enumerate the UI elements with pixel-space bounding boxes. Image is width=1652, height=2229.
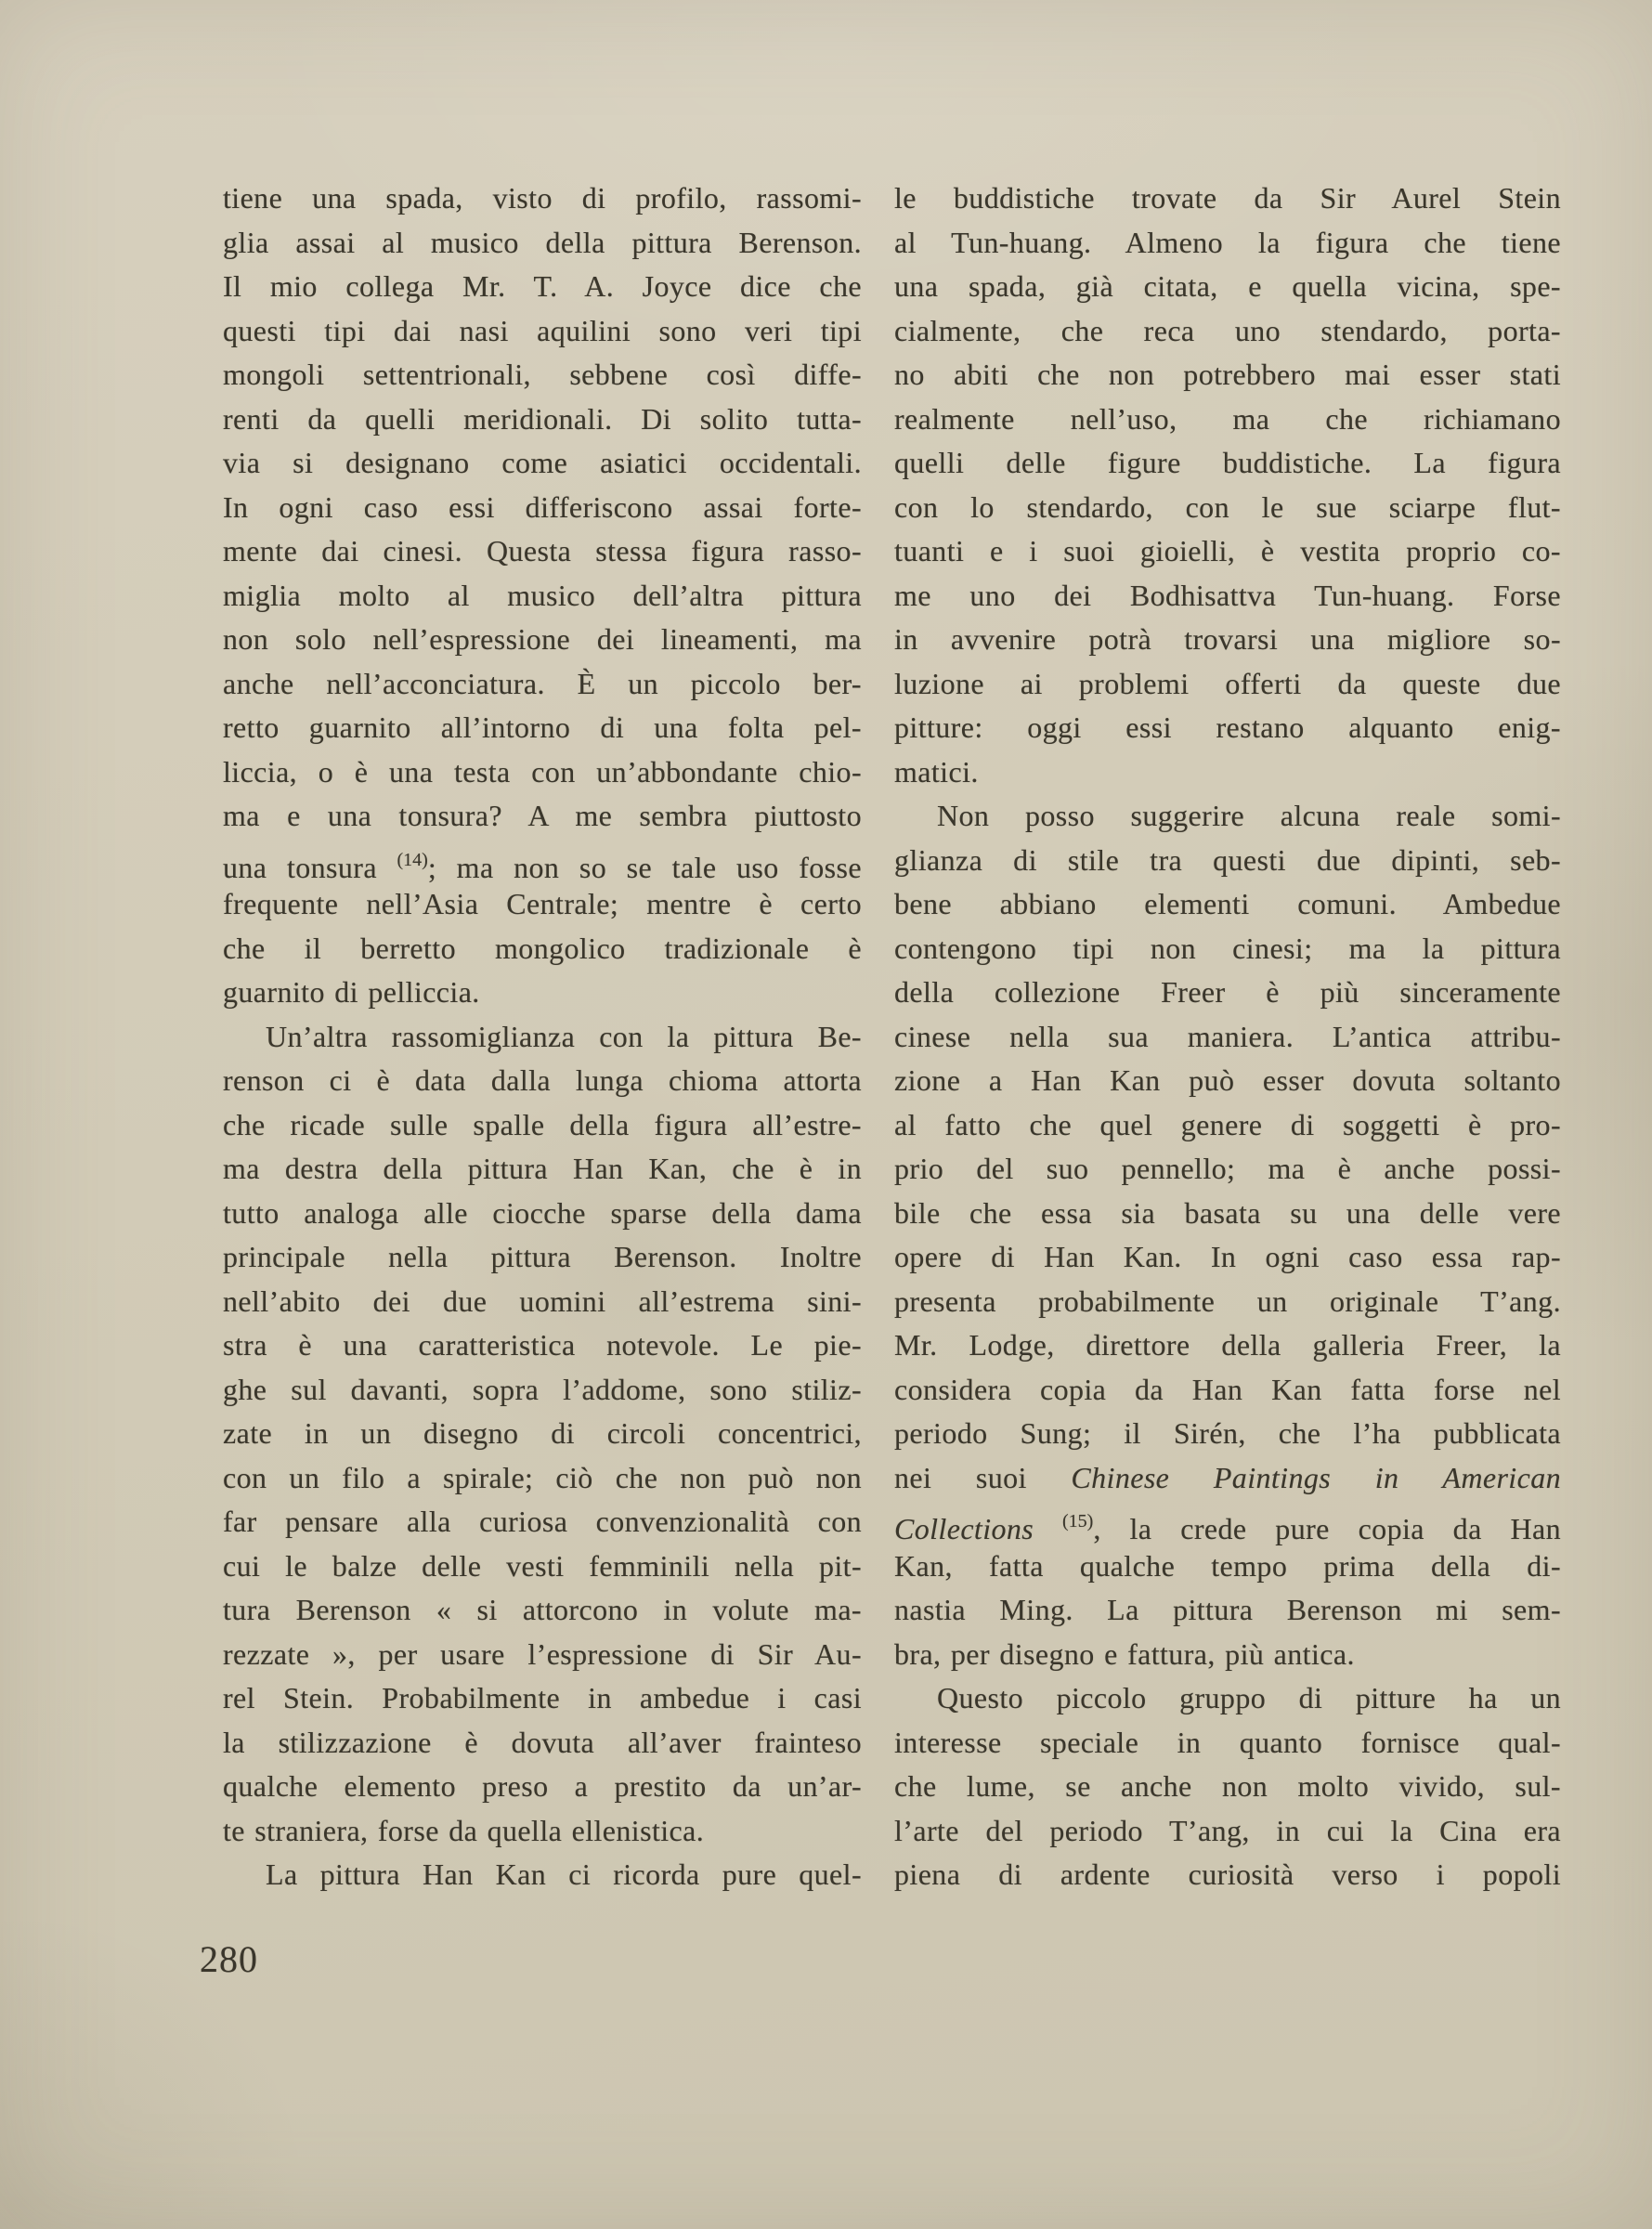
text-line: qualche elemento preso a prestito da un’… — [223, 1765, 862, 1809]
text-line: con lo stendardo, con le sue sciarpe flu… — [894, 486, 1561, 530]
scanned-book-page: tiene una spada, visto di profilo, rasso… — [0, 0, 1652, 2229]
text-line: cui le balze delle vesti femminili nella… — [223, 1545, 862, 1589]
text-column-right: le buddistiche trovate da Sir Aurel Stei… — [894, 176, 1561, 1897]
text-line: retto guarnito all’intorno di una folta … — [223, 706, 862, 750]
text-line: liccia, o è una testa con un’abbondante … — [223, 750, 862, 795]
text-line: presenta probabilmente un originale T’an… — [894, 1280, 1561, 1324]
text-line: glia assai al musico della pittura Beren… — [223, 221, 862, 266]
text-line: rezzate », per usare l’espressione di Si… — [223, 1633, 862, 1677]
text-line: cinese nella sua maniera. L’antica attri… — [894, 1015, 1561, 1060]
text-line: opere di Han Kan. In ogni caso essa rap- — [894, 1235, 1561, 1280]
text-line: principale nella pittura Berenson. Inolt… — [223, 1235, 862, 1280]
text-line: una spada, già citata, e quella vicina, … — [894, 265, 1561, 309]
text-line: ma destra della pittura Han Kan, che è i… — [223, 1147, 862, 1192]
text-line: luzione ai problemi offerti da queste du… — [894, 662, 1561, 707]
text-line: che ricade sulle spalle della figura all… — [223, 1103, 862, 1148]
text-line: no abiti che non potrebbero mai esser st… — [894, 353, 1561, 398]
text-line: non solo nell’espressione dei lineamenti… — [223, 618, 862, 662]
text-line: Collections (15), la crede pure copia da… — [894, 1500, 1561, 1545]
text-line: Non posso suggerire alcuna reale somi- — [894, 794, 1561, 839]
text-line: anche nell’acconciatura. È un piccolo be… — [223, 662, 862, 707]
text-line: miglia molto al musico dell’altra pittur… — [223, 574, 862, 619]
text-line: renson ci è data dalla lunga chioma atto… — [223, 1059, 862, 1103]
text-line: nell’abito dei due uomini all’estrema si… — [223, 1280, 862, 1324]
page-number: 280 — [200, 1937, 258, 1982]
text-line: far pensare alla curiosa convenzionalità… — [223, 1500, 862, 1545]
text-line: zate in un disegno di circoli concentric… — [223, 1412, 862, 1456]
text-line: ma e una tonsura? A me sembra piuttosto — [223, 794, 862, 839]
text-line: tiene una spada, visto di profilo, rasso… — [223, 176, 862, 221]
text-line: bene abbiano elementi comuni. Ambedue — [894, 882, 1561, 927]
text-line: te straniera, forse da quella ellenistic… — [223, 1809, 862, 1854]
text-line: le buddistiche trovate da Sir Aurel Stei… — [894, 176, 1561, 221]
text-line: nei suoi Chinese Paintings in American — [894, 1456, 1561, 1501]
text-line: frequente nell’Asia Centrale; mentre è c… — [223, 882, 862, 927]
text-line: zione a Han Kan può esser dovuta soltant… — [894, 1059, 1561, 1103]
text-line: prio del suo pennello; ma è anche possi- — [894, 1147, 1561, 1192]
text-line: che lume, se anche non molto vivido, sul… — [894, 1765, 1561, 1809]
text-line: Kan, fatta qualche tempo prima della di- — [894, 1545, 1561, 1589]
text-line: mente dai cinesi. Questa stessa figura r… — [223, 529, 862, 574]
text-line: stra è una caratteristica notevole. Le p… — [223, 1323, 862, 1368]
text-line: Questo piccolo gruppo di pitture ha un — [894, 1676, 1561, 1721]
text-line: quelli delle figure buddistiche. La figu… — [894, 441, 1561, 486]
text-line: interesse speciale in quanto fornisce qu… — [894, 1721, 1561, 1766]
text-line: nastia Ming. La pittura Berenson mi sem- — [894, 1588, 1561, 1633]
text-line: della collezione Freer è più sincerament… — [894, 971, 1561, 1015]
text-line: ghe sul davanti, sopra l’addome, sono st… — [223, 1368, 862, 1413]
text-line: al fatto che quel genere di soggetti è p… — [894, 1103, 1561, 1148]
text-line: realmente nell’uso, ma che richiamano — [894, 398, 1561, 442]
text-line: bile che essa sia basata su una delle ve… — [894, 1192, 1561, 1236]
text-line: In ogni caso essi differiscono assai for… — [223, 486, 862, 530]
text-line: me uno dei Bodhisattva Tun-huang. Forse — [894, 574, 1561, 619]
text-line: mongoli settentrionali, sebbene così dif… — [223, 353, 862, 398]
text-line: Un’altra rassomiglianza con la pittura B… — [223, 1015, 862, 1060]
text-line: bra, per disegno e fattura, più antica. — [894, 1633, 1561, 1677]
text-line: in avvenire potrà trovarsi una migliore … — [894, 618, 1561, 662]
text-line: rel Stein. Probabilmente in ambedue i ca… — [223, 1676, 862, 1721]
text-line: con un filo a spirale; ciò che non può n… — [223, 1456, 862, 1501]
text-line: una tonsura (14); ma non so se tale uso … — [223, 839, 862, 883]
text-line: tura Berenson « si attorcono in volute m… — [223, 1588, 862, 1633]
text-line: tuanti e i suoi gioielli, è vestita prop… — [894, 529, 1561, 574]
text-line: Il mio collega Mr. T. A. Joyce dice che — [223, 265, 862, 309]
text-line: renti da quelli meridionali. Di solito t… — [223, 398, 862, 442]
text-line: pitture: oggi essi restano alquanto enig… — [894, 706, 1561, 750]
text-line: glianza di stile tra questi due dipinti,… — [894, 839, 1561, 883]
text-line: periodo Sung; il Sirén, che l’ha pubblic… — [894, 1412, 1561, 1456]
text-line: guarnito di pelliccia. — [223, 971, 862, 1015]
text-line: che il berretto mongolico tradizionale è — [223, 927, 862, 971]
text-line: matici. — [894, 750, 1561, 795]
text-line: al Tun-huang. Almeno la figura che tiene — [894, 221, 1561, 266]
text-column-left: tiene una spada, visto di profilo, rasso… — [223, 176, 862, 1897]
text-line: cialmente, che reca uno stendardo, porta… — [894, 309, 1561, 354]
text-line: questi tipi dai nasi aquilini sono veri … — [223, 309, 862, 354]
text-line: la stilizzazione è dovuta all’aver frain… — [223, 1721, 862, 1766]
text-line: tutto analoga alle ciocche sparse della … — [223, 1192, 862, 1236]
text-line: considera copia da Han Kan fatta forse n… — [894, 1368, 1561, 1413]
text-line: l’arte del periodo T’ang, in cui la Cina… — [894, 1809, 1561, 1854]
text-line: piena di ardente curiosità verso i popol… — [894, 1853, 1561, 1897]
text-line: contengono tipi non cinesi; ma la pittur… — [894, 927, 1561, 971]
text-line: Mr. Lodge, direttore della galleria Free… — [894, 1323, 1561, 1368]
text-line: La pittura Han Kan ci ricorda pure quel- — [223, 1853, 862, 1897]
text-line: via si designano come asiatici occidenta… — [223, 441, 862, 486]
